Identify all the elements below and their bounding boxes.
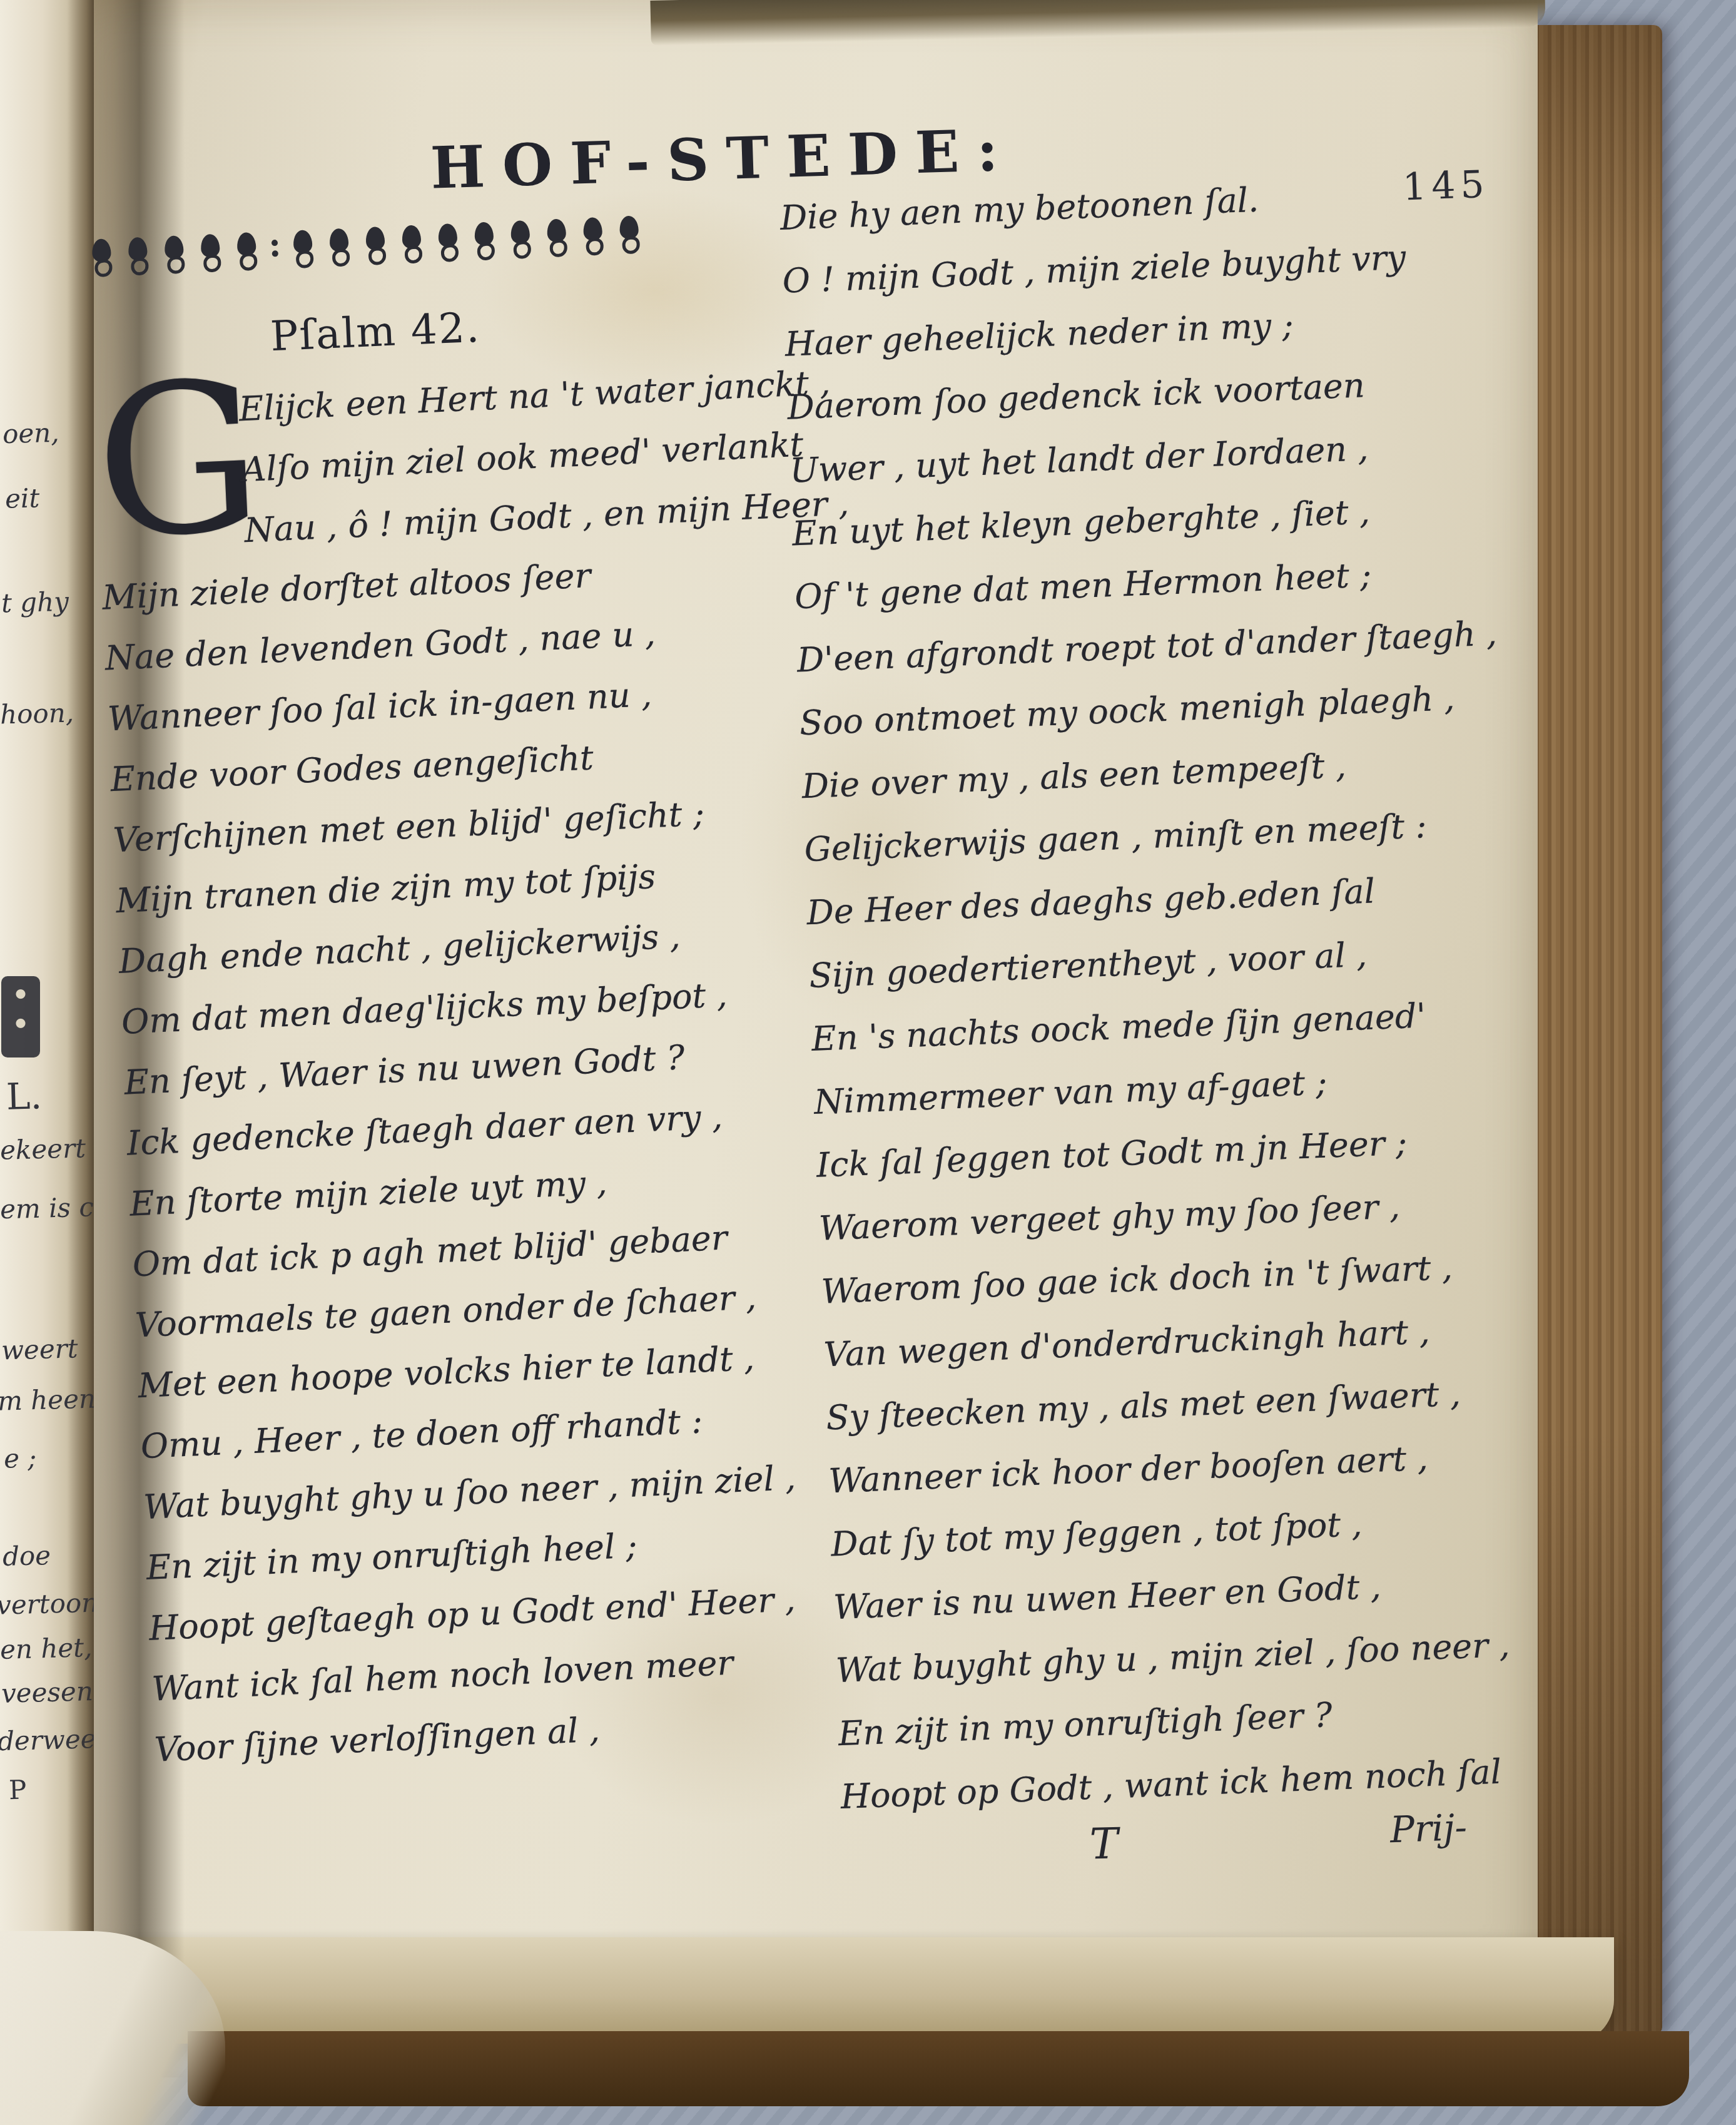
facing-page-fragment: ekeert <box>0 1133 86 1166</box>
facing-page-fragment: derweet <box>0 1723 94 1757</box>
facing-page-fragment: P <box>8 1775 27 1806</box>
facing-page-fragment: doe <box>2 1540 51 1572</box>
facing-page-fragment: hoon, <box>0 697 74 730</box>
facing-page-fragment: eit <box>4 482 39 514</box>
facing-page-fragment: weert <box>1 1333 78 1365</box>
catchword: Prij- <box>1389 1806 1468 1851</box>
book-cover-bottom <box>188 2031 1689 2106</box>
facing-page-fragment: m heenen <box>0 1382 94 1416</box>
psalm-heading: Pſalm 42. <box>269 303 481 361</box>
fleuron-icon <box>290 230 317 273</box>
fleuron-icon <box>362 227 389 270</box>
facing-page-fragment: oen, <box>2 417 59 449</box>
fleuron-icon <box>471 222 498 265</box>
facing-page-edge: oen, eit t ghy hoon, L. ekeert em is co … <box>0 0 94 2065</box>
fleuron-icon <box>326 228 353 272</box>
facing-page-fragment: veesen <box>1 1676 93 1709</box>
facing-page-fragment: em is co <box>0 1191 94 1225</box>
fleuron-icon <box>398 225 425 268</box>
bottom-page-edges <box>94 1937 1614 2044</box>
facing-page-ornament <box>1 976 40 1057</box>
fleuron-icon <box>435 223 462 267</box>
signature-mark: T <box>1089 1819 1119 1869</box>
fleuron-icon <box>507 220 534 264</box>
facing-page-fragment: t ghy <box>1 586 69 619</box>
ornament-separator: : <box>268 224 282 265</box>
drop-cap: G <box>93 385 235 513</box>
fleuron-icon <box>616 215 643 259</box>
poem-column-left: G Elijck een Hert na 't water janckt , A… <box>93 355 818 1780</box>
facing-page-fragment: L. <box>6 1074 43 1118</box>
fleuron-icon <box>544 218 571 262</box>
fleuron-icon <box>161 235 188 279</box>
fleuron-icon <box>88 238 115 282</box>
facing-page-fragment: en het, <box>0 1632 93 1665</box>
fleuron-icon <box>124 237 151 280</box>
facing-page-fragment: vertoonde <box>0 1586 94 1621</box>
fleuron-icon <box>233 232 260 276</box>
facing-page-fragment: e ; <box>3 1442 37 1474</box>
fleuron-icon <box>580 217 607 261</box>
fleuron-icon <box>197 233 224 277</box>
photo-background: { "page": { "running_header": "HOF-STEDE… <box>0 0 1736 2125</box>
poem-column-right: Die hy aen my betoonen ſal. O ! mijn God… <box>779 155 1648 1828</box>
